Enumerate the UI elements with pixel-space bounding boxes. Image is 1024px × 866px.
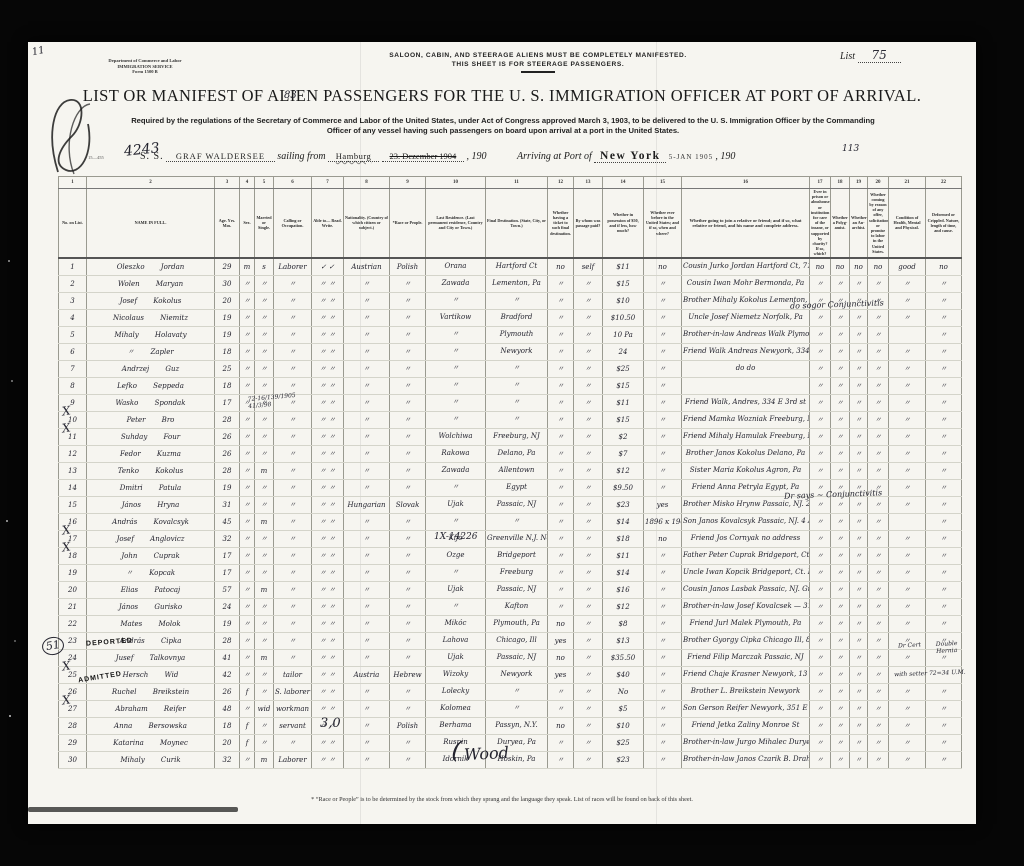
cell-re: 〃 <box>426 326 486 343</box>
cell-na: 〃 <box>344 479 390 496</box>
cell-rel: Uncle Iwan Kopcik Bridgeport, Ct. Hamilt… <box>682 564 810 581</box>
cell-tk: 〃 <box>548 530 574 547</box>
cell-re: Ujak <box>426 496 486 513</box>
cell-n: 28 <box>59 717 87 734</box>
cell-de: Bradford <box>486 309 548 326</box>
cell-q1: 〃 <box>810 513 831 530</box>
cell-sx: 〃 <box>240 275 255 292</box>
notice-rule <box>521 71 555 73</box>
cell-re: Ujak <box>426 581 486 598</box>
list-label: List <box>840 51 855 62</box>
cell-q2: 〃 <box>831 309 850 326</box>
cell-tk: 〃 <box>548 309 574 326</box>
cell-ms: 〃 <box>255 530 274 547</box>
cell-oc: 〃 <box>274 734 312 751</box>
steerage-notice: SALOON, CABIN, AND STEERAGE ALIENS MUST … <box>328 52 748 73</box>
col-number: 19 <box>850 177 868 189</box>
margin-x-mark: X <box>61 658 71 673</box>
cell-na: 〃 <box>344 700 390 717</box>
cell-rw: 〃 〃 <box>312 700 344 717</box>
cell-q2: 〃 <box>831 598 850 615</box>
subtitle-line2: Officer of any vessel having such passen… <box>88 126 918 136</box>
cell-age: 26 <box>215 683 240 700</box>
cell-ms: 〃 <box>255 683 274 700</box>
cell-pd: 〃 <box>574 411 603 428</box>
cell-q4: 〃 <box>868 666 889 683</box>
cell-rel: Friend Mihaly Hamulak Freeburg, NJ <box>682 428 810 445</box>
cell-q4: 〃 <box>868 717 889 734</box>
handwritten-annotation: 83 <box>284 90 297 101</box>
cell-name: Dmitri Patula <box>87 479 215 496</box>
cell-bf: 〃 <box>644 462 682 479</box>
cell-q3: 〃 <box>850 445 868 462</box>
form-number: 15—455 <box>88 155 104 160</box>
cell-pd: 〃 <box>574 326 603 343</box>
cell-pd: 〃 <box>574 394 603 411</box>
cell-q2: 〃 <box>831 275 850 292</box>
cell-ms: 〃 <box>255 598 274 615</box>
cell-n: 5 <box>59 326 87 343</box>
cell-he: 〃 <box>889 547 926 564</box>
col-number: 9 <box>390 177 426 189</box>
cell-bf: 〃 <box>644 700 682 717</box>
cell-oc: Laborer <box>274 751 312 768</box>
cell-q1: 〃 <box>810 428 831 445</box>
passenger-row: 16András Kovalcsyk45〃m〃〃 〃〃〃〃〃〃〃$141896 … <box>59 513 962 530</box>
cell-he: 〃 <box>889 292 926 309</box>
cell-n: 14 <box>59 479 87 496</box>
cell-rw: 〃 〃 <box>312 496 344 513</box>
cell-am: $10.50 <box>603 309 644 326</box>
cell-re: 〃 <box>426 377 486 394</box>
cell-ra: 〃 <box>390 326 426 343</box>
cell-q3: 〃 <box>850 462 868 479</box>
cell-na: 〃 <box>344 513 390 530</box>
cell-ms: 〃 <box>255 564 274 581</box>
cell-df: 〃 <box>926 547 962 564</box>
cell-tk: 〃 <box>548 683 574 700</box>
cell-oc: workman <box>274 700 312 717</box>
cell-name: Nicolaus Niemitz <box>87 309 215 326</box>
cell-sx: 〃 <box>240 649 255 666</box>
department-stamp: Department of Commerce and Labor IMMIGRA… <box>80 58 210 75</box>
cell-de: Freeburg <box>486 564 548 581</box>
cell-sx: 〃 <box>240 428 255 445</box>
passenger-row: 6〃 Zapler18〃〃〃〃 〃〃〃〃Newyork〃〃24〃Friend W… <box>59 343 962 360</box>
cell-ra: 〃 <box>390 649 426 666</box>
cell-ra: 〃 <box>390 751 426 768</box>
cell-q1: 〃 <box>810 547 831 564</box>
cell-age: 42 <box>215 666 240 683</box>
cell-q3: 〃 <box>850 377 868 394</box>
cell-q3: 〃 <box>850 700 868 717</box>
cell-pd: 〃 <box>574 683 603 700</box>
cell-df: 〃 <box>926 513 962 530</box>
cell-ms: m <box>255 751 274 768</box>
margin-x-mark: X <box>61 403 71 418</box>
sailing-port: Hamburg <box>328 151 379 162</box>
cell-pd: 〃 <box>574 649 603 666</box>
cell-tk: 〃 <box>548 547 574 564</box>
cell-q4: 〃 <box>868 394 889 411</box>
passenger-row: 18John Cuprak17〃〃〃〃 〃〃〃OzgeBridgeport〃〃$… <box>59 547 962 564</box>
cell-q1: 〃 <box>810 717 831 734</box>
cell-df: 〃 <box>926 700 962 717</box>
cell-oc: 〃 <box>274 615 312 632</box>
cell-tk: no <box>548 649 574 666</box>
cell-he: 〃 <box>889 394 926 411</box>
cell-am: $13 <box>603 632 644 649</box>
cell-na: 〃 <box>344 411 390 428</box>
cell-sx: 〃 <box>240 326 255 343</box>
cell-age: 17 <box>215 547 240 564</box>
cell-re: 〃 <box>426 360 486 377</box>
cell-rel: Friend Walk, Andres, 334 E 3rd st <box>682 394 810 411</box>
cell-na: 〃 <box>344 445 390 462</box>
cell-n: 3 <box>59 292 87 309</box>
cell-name: Wolen Maryan <box>87 275 215 292</box>
col-header: Calling or Occupation. <box>274 189 312 258</box>
cell-n: 13 <box>59 462 87 479</box>
col-number: 3 <box>215 177 240 189</box>
cell-oc: 〃 <box>274 462 312 479</box>
cell-pd: 〃 <box>574 734 603 751</box>
cell-re: 〃 <box>426 564 486 581</box>
cell-he: 〃 <box>889 751 926 768</box>
cell-q1: 〃 <box>810 275 831 292</box>
cell-q3: 〃 <box>850 411 868 428</box>
cell-tk: 〃 <box>548 275 574 292</box>
printed-190a: , 190 <box>467 151 487 162</box>
cell-q3: 〃 <box>850 275 868 292</box>
cell-oc: 〃 <box>274 530 312 547</box>
cell-am: $14 <box>603 513 644 530</box>
passenger-row: 1Oleszko Jordan29msLaborer✓ ✓AustrianPol… <box>59 258 962 276</box>
cell-de: Kafton <box>486 598 548 615</box>
cell-n: 2 <box>59 275 87 292</box>
cell-age: 24 <box>215 598 240 615</box>
cell-n: 1 <box>59 258 87 276</box>
handwritten-annotation: Wood <box>464 743 510 764</box>
cell-name: András Kovalcsyk <box>87 513 215 530</box>
cell-sx: 〃 <box>240 751 255 768</box>
cell-rel: Sister Maria Kokolus Agron, Pa <box>682 462 810 479</box>
col-header: Last Residence. (Last permanent residenc… <box>426 189 486 258</box>
cell-age: 19 <box>215 479 240 496</box>
footer-note: * “Race or People” is to be determined b… <box>28 796 976 803</box>
cell-name: Suhday Four <box>87 428 215 445</box>
cell-na: 〃 <box>344 734 390 751</box>
cell-name: 〃 Kopcak <box>87 564 215 581</box>
passenger-row: 13Tenko Kokolus28〃m〃〃 〃〃〃ZawadaAllentown… <box>59 462 962 479</box>
cell-age: 29 <box>215 258 240 276</box>
col-header: Deformed or Crippled. Nature, length of … <box>926 189 962 258</box>
cell-am: $12 <box>603 462 644 479</box>
cell-oc: 〃 <box>274 479 312 496</box>
cell-he: 〃 <box>889 462 926 479</box>
cell-tk: 〃 <box>548 394 574 411</box>
cell-rw: 〃 〃 <box>312 394 344 411</box>
cell-age: 48 <box>215 700 240 717</box>
col-header: No. on List. <box>59 189 87 258</box>
cell-na: 〃 <box>344 564 390 581</box>
notice-line2: THIS SHEET IS FOR STEERAGE PASSENGERS. <box>328 61 748 70</box>
cell-q1: 〃 <box>810 734 831 751</box>
cell-ra: 〃 <box>390 360 426 377</box>
cell-de: 〃 <box>486 700 548 717</box>
cell-age: 32 <box>215 530 240 547</box>
cell-q4: 〃 <box>868 462 889 479</box>
col-header: Whether going to join a relative or frie… <box>682 189 810 258</box>
cell-he: 〃 <box>889 445 926 462</box>
cell-na: 〃 <box>344 377 390 394</box>
cell-df: 〃 <box>926 479 962 496</box>
col-header: *Race or People. <box>390 189 426 258</box>
cell-he: 〃 <box>889 564 926 581</box>
cell-he: 〃 <box>889 649 926 666</box>
col-header: Final Destination. (State, City, or Town… <box>486 189 548 258</box>
cell-ms: 〃 <box>255 496 274 513</box>
sailing-date: 23. Dezember 1904 <box>382 151 465 162</box>
cell-na: 〃 <box>344 581 390 598</box>
cell-ra: 〃 <box>390 615 426 632</box>
cell-sx: 〃 <box>240 445 255 462</box>
cell-tk: 〃 <box>548 479 574 496</box>
handwritten-annotation: 3,0 <box>320 716 341 731</box>
cell-name: Anna Bersowska <box>87 717 215 734</box>
cell-tk: 〃 <box>548 564 574 581</box>
passenger-row: 11Suhday Four26〃〃〃〃 〃〃〃WolchiwaFreeburg,… <box>59 428 962 445</box>
cell-bf: 〃 <box>644 632 682 649</box>
cell-he: 〃 <box>889 683 926 700</box>
cell-q4: 〃 <box>868 513 889 530</box>
col-number: 16 <box>682 177 810 189</box>
cell-q4: 〃 <box>868 411 889 428</box>
cell-q3: 〃 <box>850 496 868 513</box>
cell-df: 〃 <box>926 326 962 343</box>
cell-q2: 〃 <box>831 751 850 768</box>
col-header: Sex. <box>240 189 255 258</box>
cell-na: Austria <box>344 666 390 683</box>
cell-bf: 〃 <box>644 666 682 683</box>
col-header: Whether a Polyg- amist. <box>831 189 850 258</box>
cell-sx: 〃 <box>240 496 255 513</box>
cell-ms: 〃 <box>255 343 274 360</box>
cell-n: 22 <box>59 615 87 632</box>
cell-ra: Polish <box>390 258 426 276</box>
cell-rw: 〃 〃 <box>312 632 344 649</box>
cell-q3: 〃 <box>850 649 868 666</box>
cell-tk: 〃 <box>548 598 574 615</box>
cell-rw: 〃 〃 <box>312 428 344 445</box>
cell-tk: 〃 <box>548 377 574 394</box>
cell-de: 〃 <box>486 394 548 411</box>
cell-age: 17 <box>215 394 240 411</box>
cell-age: 25 <box>215 360 240 377</box>
cell-de: Passaic, NJ <box>486 496 548 513</box>
handwritten-annotation: Dr Cert <box>898 641 921 649</box>
cell-ra: 〃 <box>390 275 426 292</box>
col-header: Whether an An- archist. <box>850 189 868 258</box>
cell-bf: 〃 <box>644 411 682 428</box>
cell-pd: 〃 <box>574 751 603 768</box>
cell-pd: 〃 <box>574 513 603 530</box>
cell-na: 〃 <box>344 683 390 700</box>
sailing-from-label: sailing from <box>277 151 325 162</box>
cell-q3: 〃 <box>850 530 868 547</box>
cell-df: 〃 <box>926 462 962 479</box>
cell-q1: 〃 <box>810 309 831 326</box>
cell-na: 〃 <box>344 309 390 326</box>
cell-re: 〃 <box>426 292 486 309</box>
cell-rel: Brother Gyorgy Cipka Chicago Ill, 84 W 1… <box>682 632 810 649</box>
cell-q4: 〃 <box>868 649 889 666</box>
passenger-row: 2Wolen Maryan30〃〃〃〃 〃〃〃ZawadaLementon, P… <box>59 275 962 292</box>
cell-na: 〃 <box>344 547 390 564</box>
cell-q1: 〃 <box>810 377 831 394</box>
cell-q2: 〃 <box>831 547 850 564</box>
cell-na: 〃 <box>344 275 390 292</box>
cell-rw: 〃 〃 <box>312 751 344 768</box>
cell-q1: 〃 <box>810 343 831 360</box>
cell-q2: 〃 <box>831 615 850 632</box>
scanned-manifest-page: Department of Commerce and Labor IMMIGRA… <box>0 0 1024 866</box>
cell-rw: 〃 〃 <box>312 411 344 428</box>
cell-rw: 〃 〃 <box>312 360 344 377</box>
handwritten-annotation: 113 <box>842 144 859 154</box>
cell-q4: 〃 <box>868 530 889 547</box>
cell-he: 〃 <box>889 615 926 632</box>
cell-sx: 〃 <box>240 343 255 360</box>
col-number: 1 <box>59 177 87 189</box>
col-number: 13 <box>574 177 603 189</box>
cell-q4: 〃 <box>868 326 889 343</box>
cell-rel: Friend Jurl Malek Plymouth, Pa <box>682 615 810 632</box>
cell-df: 〃 <box>926 496 962 513</box>
cell-q1: 〃 <box>810 751 831 768</box>
cell-sx: 〃 <box>240 309 255 326</box>
cell-rw: 〃 〃 <box>312 462 344 479</box>
cell-q1: 〃 <box>810 683 831 700</box>
cell-q4: 〃 <box>868 309 889 326</box>
cell-oc: 〃 <box>274 309 312 326</box>
passenger-row: 5Mihaly Holavaty19〃〃〃〃 〃〃〃〃Plymouth〃〃10 … <box>59 326 962 343</box>
cell-rw: 〃 〃 <box>312 275 344 292</box>
cell-rel: Brother-in-law Janos Czarik B. Draheim, … <box>682 751 810 768</box>
cell-pd: 〃 <box>574 598 603 615</box>
cell-ms: 〃 <box>255 666 274 683</box>
passenger-row: 19〃 Kopcak17〃〃〃〃 〃〃〃〃Freeburg〃〃$14〃Uncle… <box>59 564 962 581</box>
cell-tk: no <box>548 615 574 632</box>
cell-na: 〃 <box>344 717 390 734</box>
cell-am: $15 <box>603 411 644 428</box>
cell-am: $2 <box>603 428 644 445</box>
cell-tk: 〃 <box>548 513 574 530</box>
cell-rel: Cousin Janos Lasbak Passaic, NJ. Green S… <box>682 581 810 598</box>
cell-q4: no <box>868 258 889 276</box>
cell-de: Plymouth <box>486 326 548 343</box>
cell-oc: 〃 <box>274 360 312 377</box>
cell-oc: 〃 <box>274 326 312 343</box>
cell-am: $23 <box>603 496 644 513</box>
cell-name: Mihaly Holavaty <box>87 326 215 343</box>
cell-pd: 〃 <box>574 530 603 547</box>
cell-age: 41 <box>215 649 240 666</box>
cell-pd: 〃 <box>574 377 603 394</box>
cell-df: 〃 <box>926 309 962 326</box>
pen-flourish <box>44 94 114 179</box>
cell-df: 〃 <box>926 360 962 377</box>
cell-ra: Hebrew <box>390 666 426 683</box>
cell-am: $9.50 <box>603 479 644 496</box>
cell-q4: 〃 <box>868 700 889 717</box>
cell-ms: m <box>255 581 274 598</box>
cell-rel: Friend Filip Marczak Passaic, NJ <box>682 649 810 666</box>
cell-tk: 〃 <box>548 734 574 751</box>
cell-name: János Hryna <box>87 496 215 513</box>
cell-tk: 〃 <box>548 700 574 717</box>
cell-re: Wolchiwa <box>426 428 486 445</box>
cell-q4: 〃 <box>868 734 889 751</box>
cell-rel: Cousin Jurko Jordan Hartford Ct, 71 Seco… <box>682 258 810 276</box>
cell-de: Allentown <box>486 462 548 479</box>
cell-q2: 〃 <box>831 734 850 751</box>
cell-de: Lementon, Pa <box>486 275 548 292</box>
cell-ra: 〃 <box>390 462 426 479</box>
cell-bf: no <box>644 530 682 547</box>
cell-name: Mates Molok <box>87 615 215 632</box>
cell-re: Kolomea <box>426 700 486 717</box>
cell-q4: 〃 <box>868 615 889 632</box>
manifest-table-head: 12345678910111213141516171819202122No. o… <box>59 177 962 258</box>
cell-am: $11 <box>603 258 644 276</box>
arrival-date-stamp: 5-JAN 1905 <box>669 153 713 161</box>
cell-he: 〃 <box>889 581 926 598</box>
cell-q3: 〃 <box>850 564 868 581</box>
cell-am: No <box>603 683 644 700</box>
margin-x-mark: X <box>61 420 71 435</box>
cell-am: $14 <box>603 564 644 581</box>
margin-x-mark: X <box>61 692 71 707</box>
subtitle: Required by the regulations of the Secre… <box>88 116 918 136</box>
cell-am: $23 <box>603 751 644 768</box>
cell-ms: m <box>255 649 274 666</box>
cell-age: 19 <box>215 326 240 343</box>
col-number: 7 <box>312 177 344 189</box>
col-header: Whether coming by reason of any offer, s… <box>868 189 889 258</box>
cell-q4: 〃 <box>868 377 889 394</box>
col-number: 21 <box>889 177 926 189</box>
cell-q3: 〃 <box>850 666 868 683</box>
cell-rel: Cousin Iwan Mohr Bermonda, Pa <box>682 275 810 292</box>
cell-n: 29 <box>59 734 87 751</box>
cell-rw: 〃 〃 <box>312 326 344 343</box>
cell-tk: no <box>548 717 574 734</box>
cell-tk: yes <box>548 632 574 649</box>
cell-tk: 〃 <box>548 343 574 360</box>
cell-ms: 〃 <box>255 717 274 734</box>
cell-q4: 〃 <box>868 581 889 598</box>
col-header: NAME IN FULL. <box>87 189 215 258</box>
cell-am: $10 <box>603 717 644 734</box>
cell-q2: 〃 <box>831 564 850 581</box>
cell-n: 20 <box>59 581 87 598</box>
cell-bf: 〃 <box>644 751 682 768</box>
cell-re: Zawada <box>426 462 486 479</box>
passenger-row: 4Nicolaus Niemitz19〃〃〃〃 〃〃〃VartikowBradf… <box>59 309 962 326</box>
cell-ra: 〃 <box>390 343 426 360</box>
cell-tk: 〃 <box>548 581 574 598</box>
